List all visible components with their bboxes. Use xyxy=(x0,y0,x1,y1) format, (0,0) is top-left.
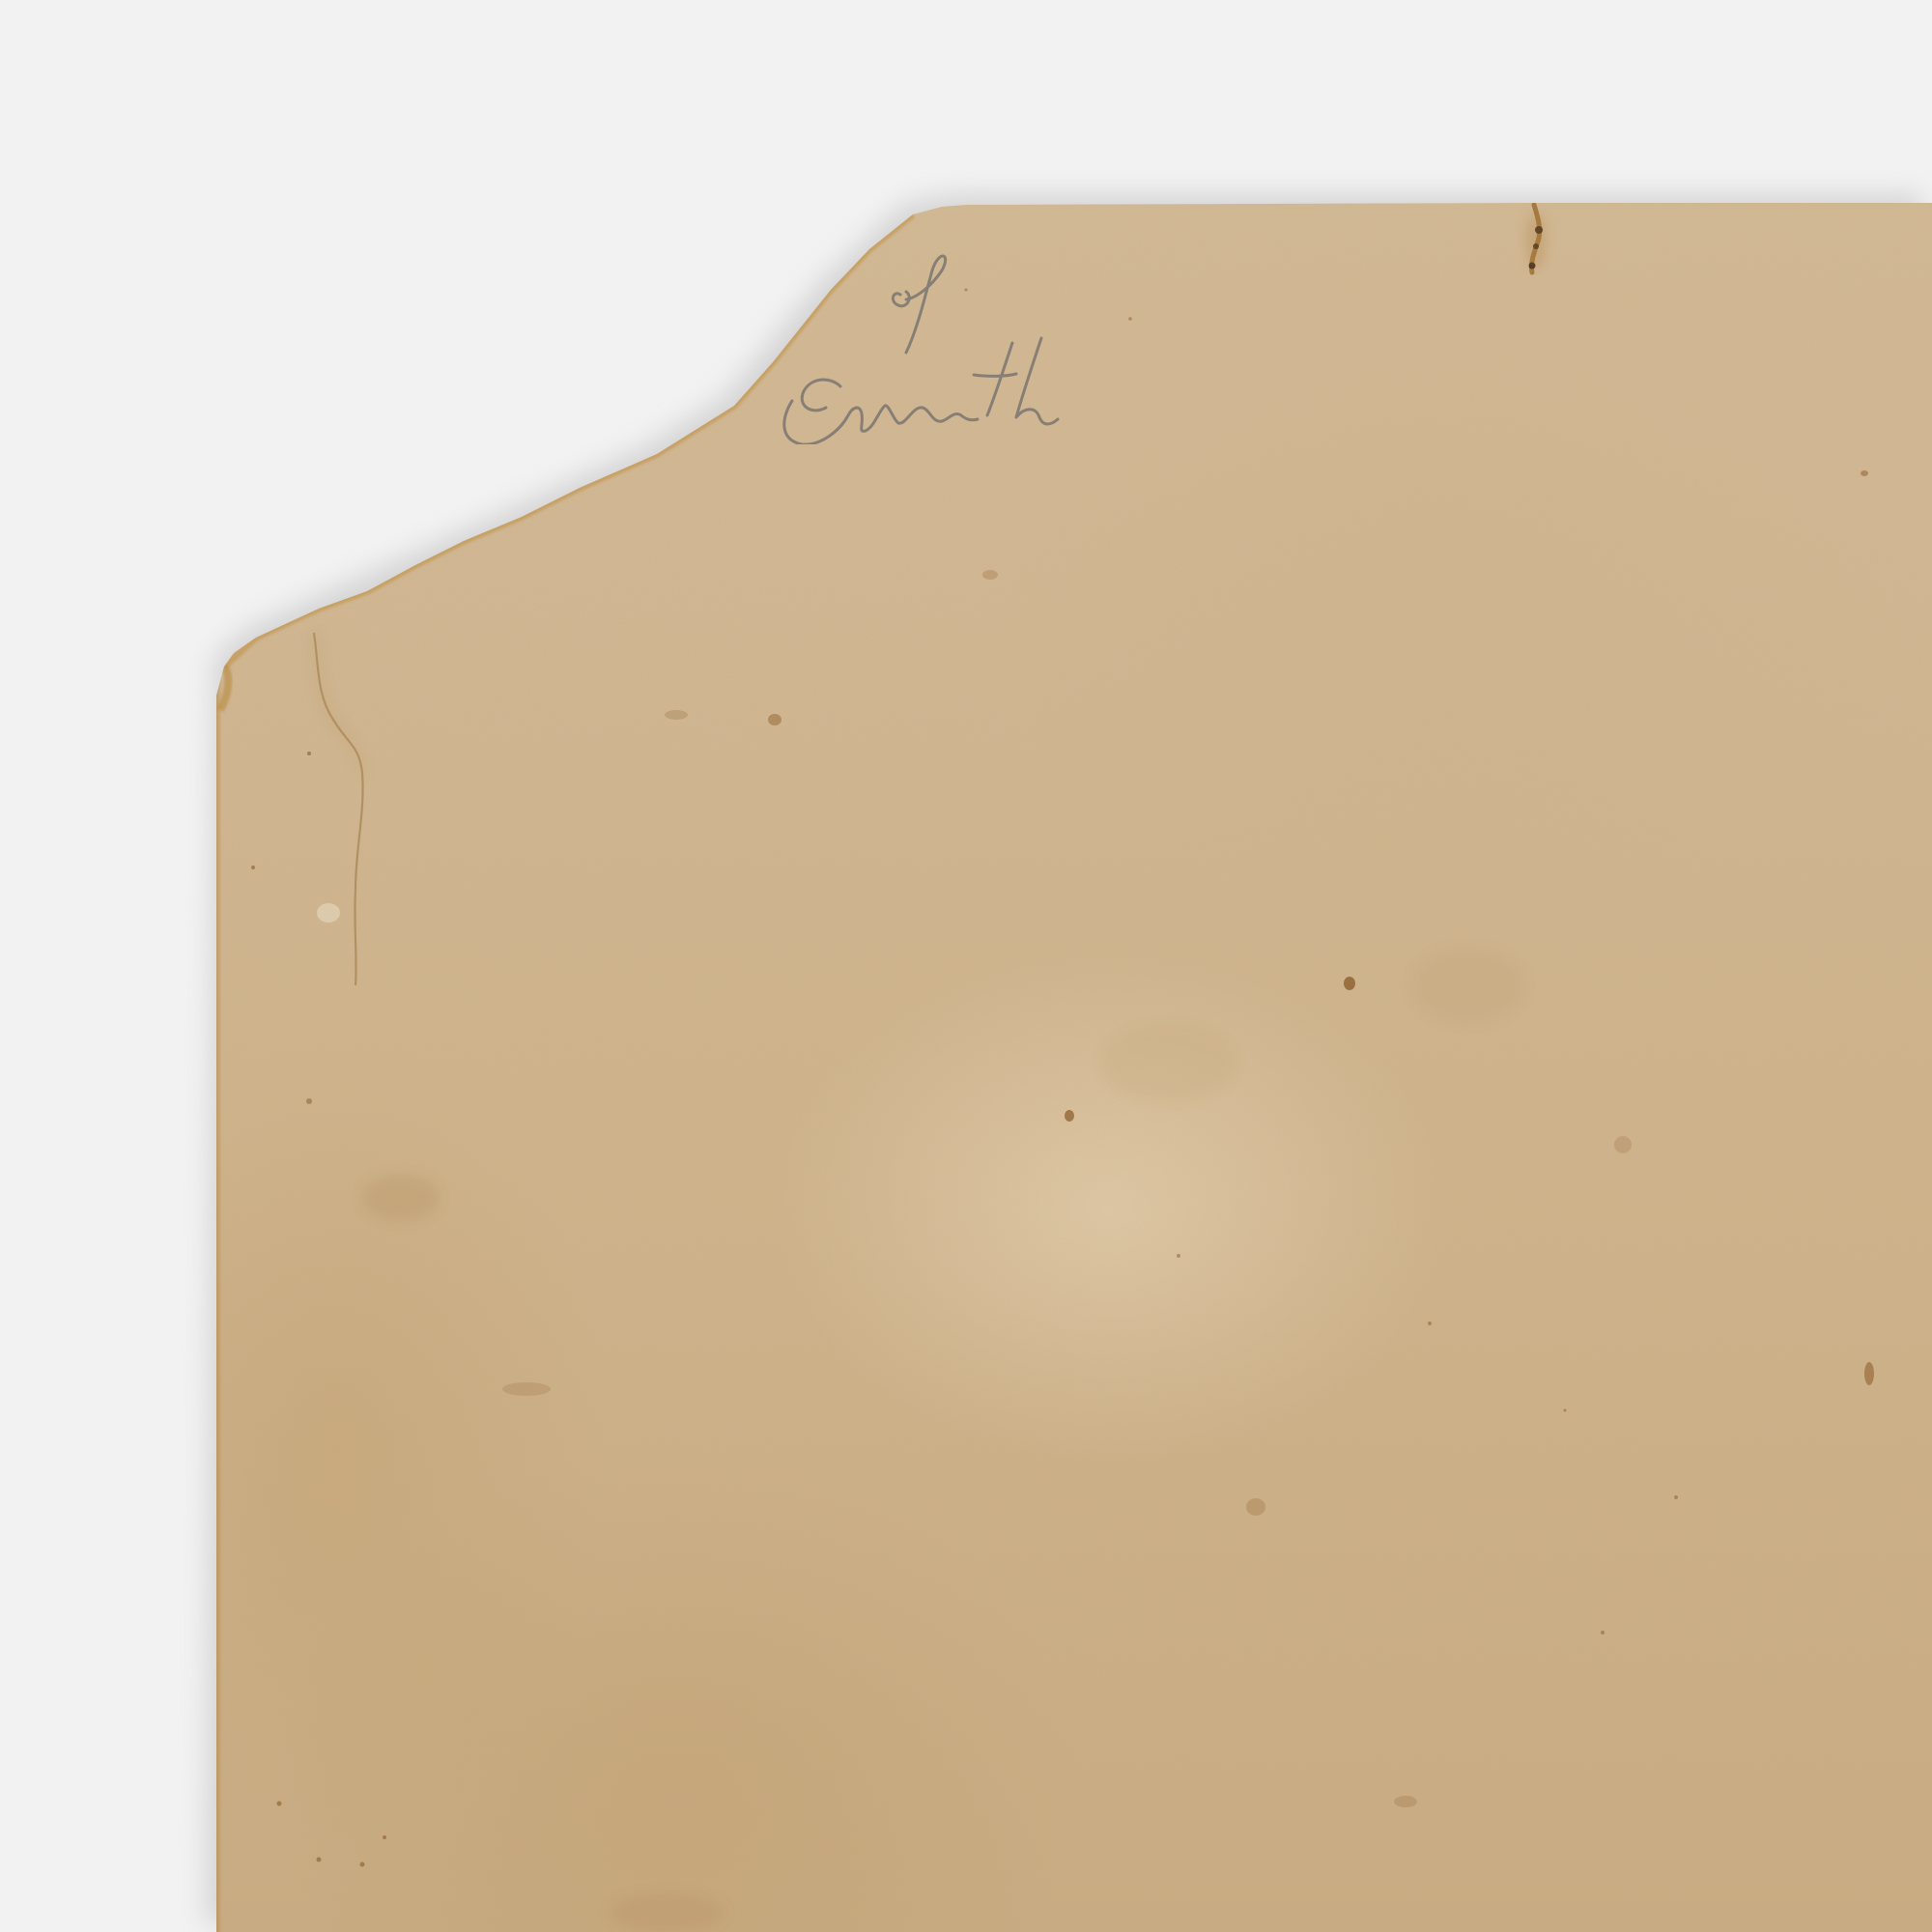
top-edge-tear xyxy=(1526,205,1546,272)
inscription-of xyxy=(893,256,945,353)
worn-spot xyxy=(317,903,340,923)
left-crack xyxy=(314,633,363,985)
inscription-ellsmith xyxy=(784,338,1058,444)
photo-stage: of Ellsmith xyxy=(0,0,1932,1932)
card-left-edge xyxy=(216,676,222,1932)
stain-blotches xyxy=(362,947,1526,1932)
